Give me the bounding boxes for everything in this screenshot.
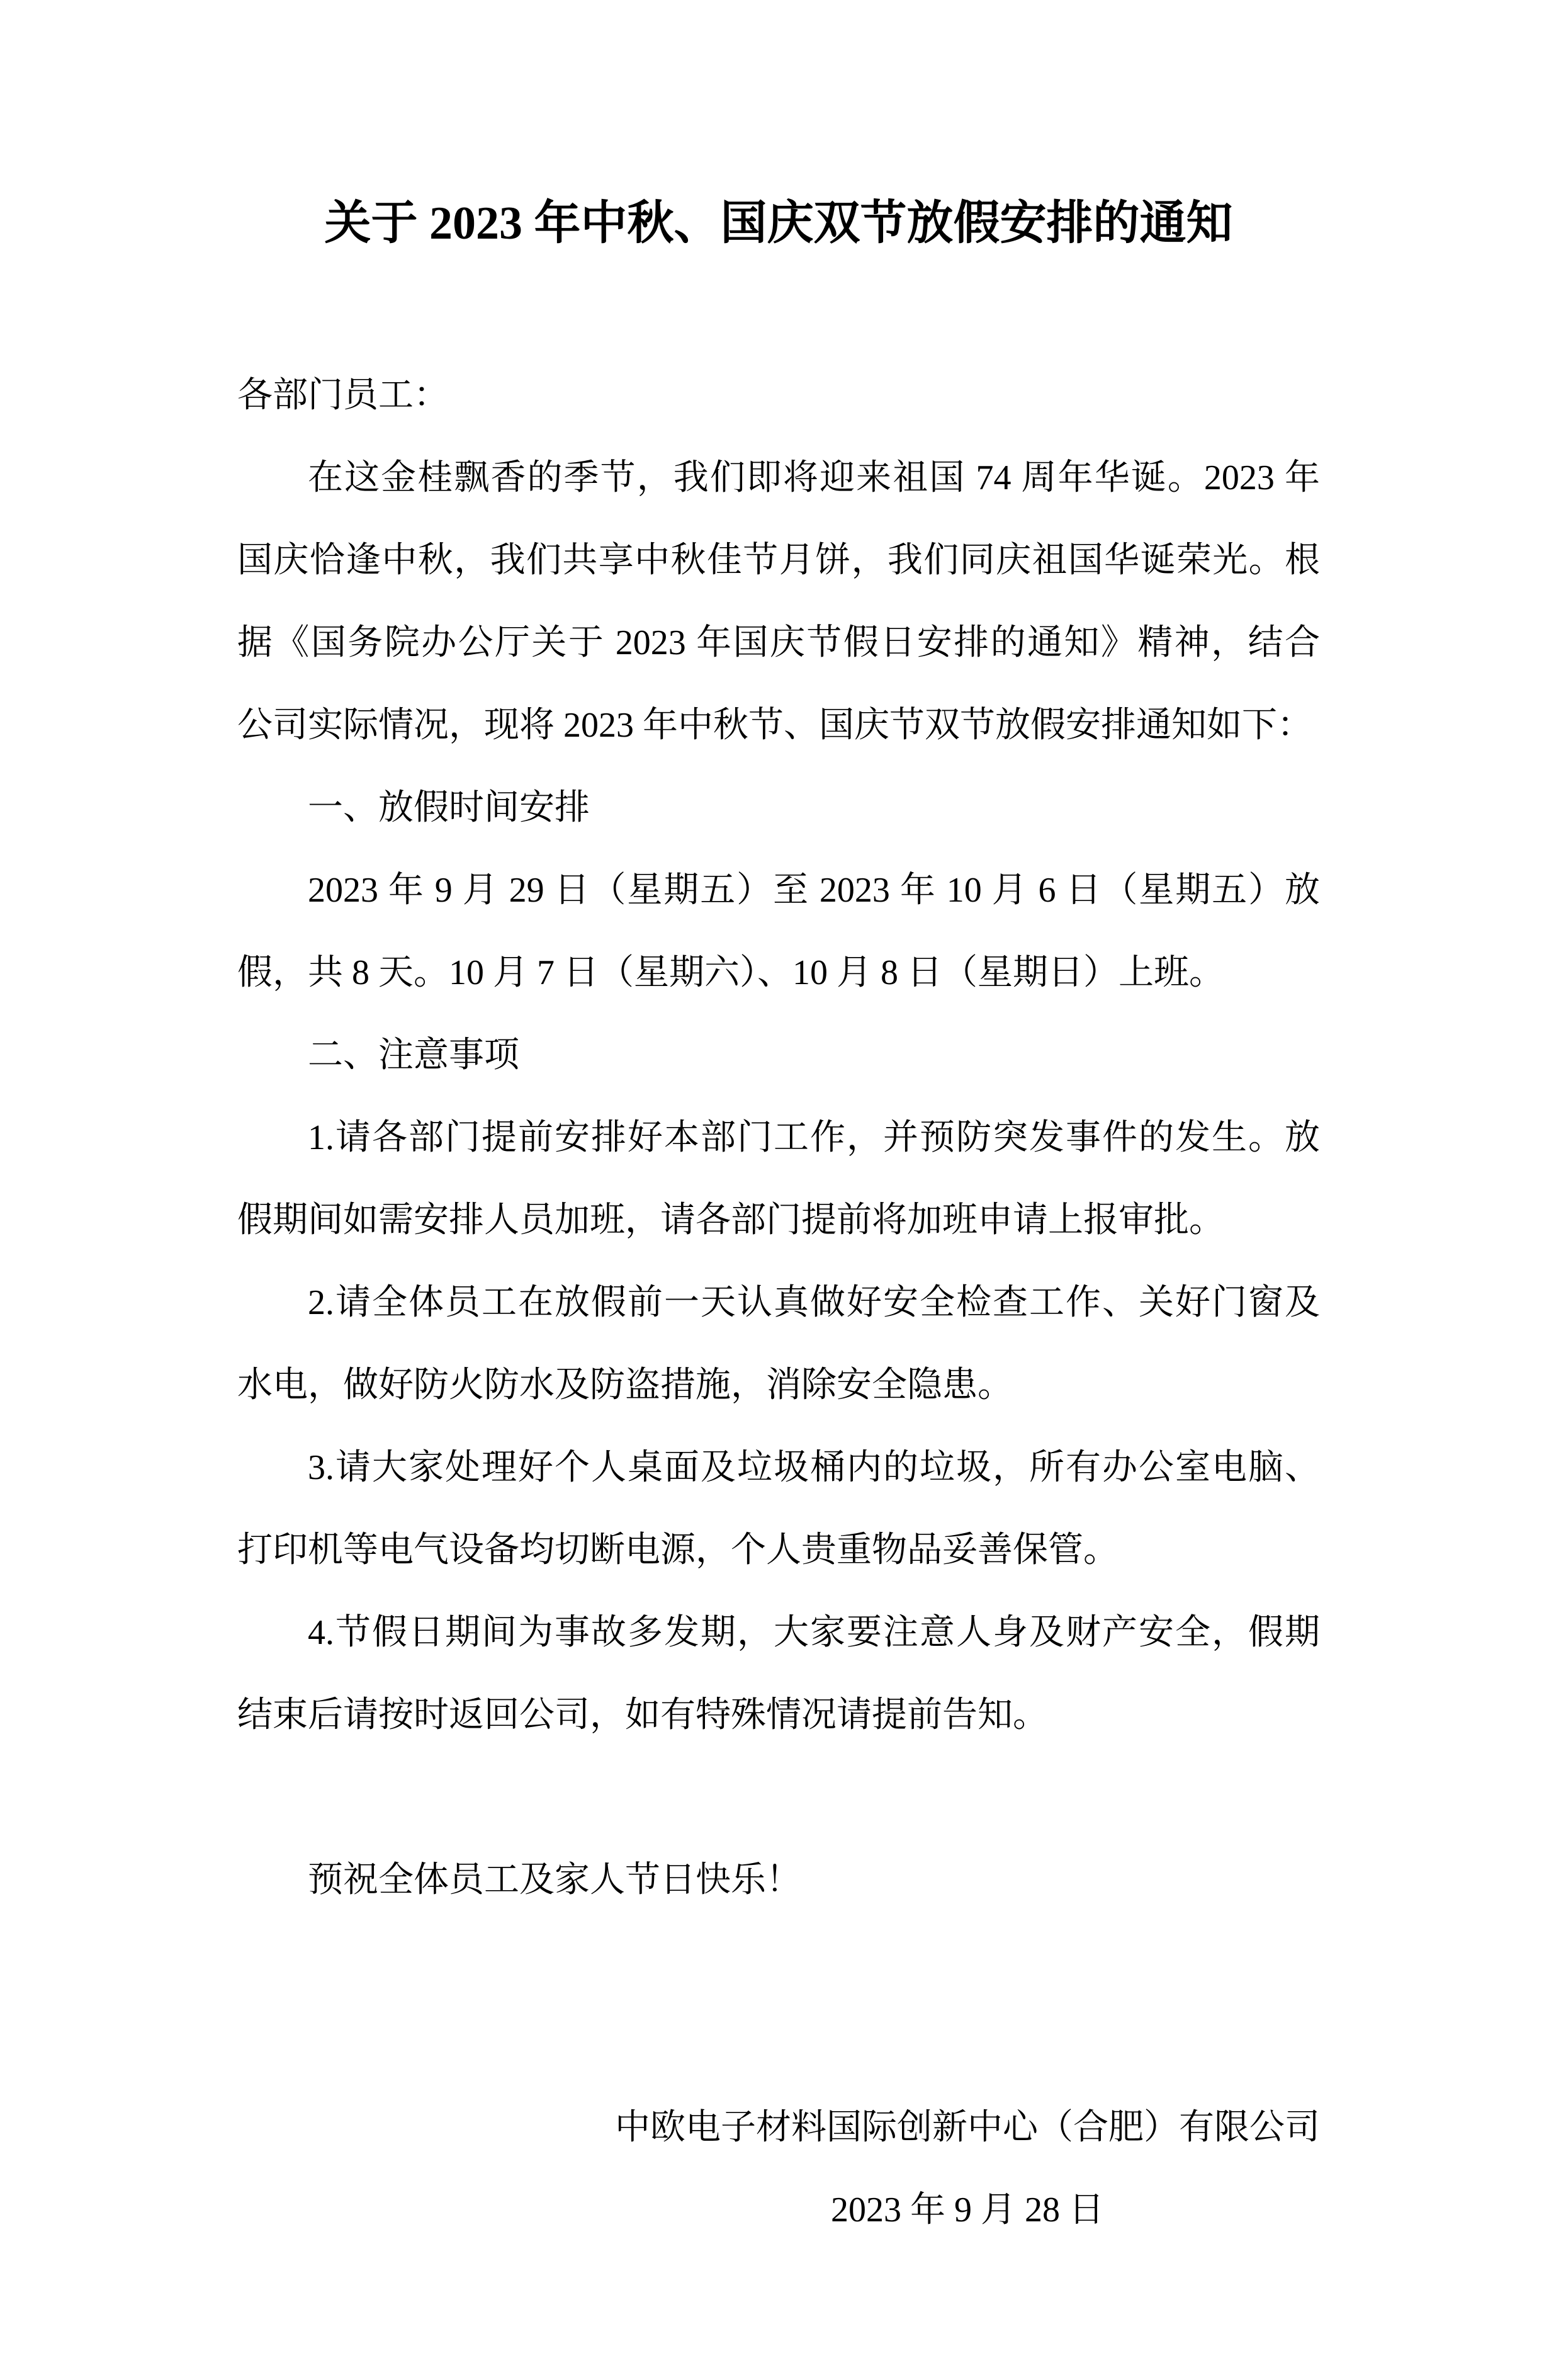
document-title: 关于 2023 年中秋、国庆双节放假安排的通知 — [237, 189, 1320, 258]
notice-page: 关于 2023 年中秋、国庆双节放假安排的通知 各部门员工：在这金桂飘香的季节，… — [0, 0, 1561, 2380]
text-line: 水电，做好防火防水及防盗措施，消除安全隐患。 — [237, 1344, 1320, 1427]
text-line: 据《国务院办公厅关于 2023 年国庆节假日安排的通知》精神，结合 — [237, 602, 1320, 684]
document-body: 各部门员工：在这金桂飘香的季节，我们即将迎来祖国 74 周年华诞。2023 年国… — [237, 354, 1320, 2087]
text-line: 一、放假时间安排 — [237, 767, 1320, 849]
notice-document: 关于 2023 年中秋、国庆双节放假安排的通知 各部门员工：在这金桂飘香的季节，… — [0, 0, 1561, 2252]
signature-company: 中欧电子材料国际创新中心（合肥）有限公司 — [615, 2087, 1320, 2169]
text-line: 假，共 8 天。10 月 7 日（星期六）、10 月 8 日（星期日）上班。 — [237, 932, 1320, 1014]
text-line: 3.请大家处理好个人桌面及垃圾桶内的垃圾，所有办公室电脑、 — [237, 1427, 1320, 1509]
text-line: 2023 年 9 月 29 日（星期五）至 2023 年 10 月 6 日（星期… — [237, 849, 1320, 932]
blank-line — [237, 1922, 1320, 2004]
text-line: 2.请全体员工在放假前一天认真做好安全检查工作、关好门窗及 — [237, 1262, 1320, 1344]
text-line: 公司实际情况，现将 2023 年中秋节、国庆节双节放假安排通知如下： — [237, 684, 1320, 767]
text-line: 国庆恰逢中秋，我们共享中秋佳节月饼，我们同庆祖国华诞荣光。根 — [237, 519, 1320, 602]
text-line: 打印机等电气设备均切断电源，个人贵重物品妥善保管。 — [237, 1509, 1320, 1592]
text-line: 各部门员工： — [237, 354, 1320, 437]
text-line: 结束后请按时返回公司，如有特殊情况请提前告知。 — [237, 1674, 1320, 1757]
text-line: 二、注意事项 — [237, 1014, 1320, 1097]
blank-line — [237, 1757, 1320, 1839]
title-spacer — [237, 258, 1320, 354]
text-line: 假期间如需安排人员加班，请各部门提前将加班申请上报审批。 — [237, 1179, 1320, 1262]
signature-date: 2023 年 9 月 28 日 — [615, 2169, 1320, 2252]
text-line: 4.节假日期间为事故多发期，大家要注意人身及财产安全，假期 — [237, 1592, 1320, 1674]
text-line: 预祝全体员工及家人节日快乐！ — [237, 1839, 1320, 1922]
blank-line — [237, 2004, 1320, 2087]
signature-block: 中欧电子材料国际创新中心（合肥）有限公司 2023 年 9 月 28 日 — [615, 2087, 1320, 2252]
text-line: 1.请各部门提前安排好本部门工作，并预防突发事件的发生。放 — [237, 1097, 1320, 1179]
text-line: 在这金桂飘香的季节，我们即将迎来祖国 74 周年华诞。2023 年 — [237, 437, 1320, 519]
